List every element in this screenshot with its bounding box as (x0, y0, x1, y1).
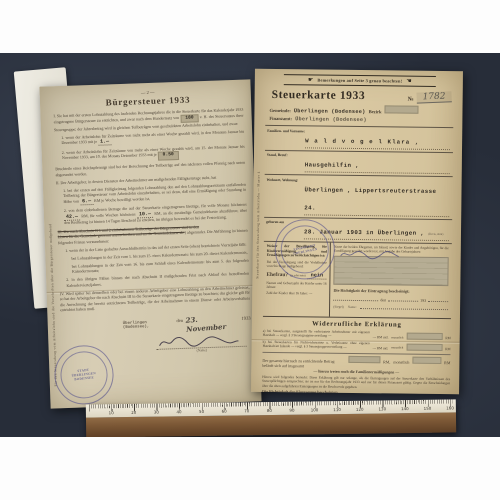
field-row-beruf: Stand, Beruf: Hausgehilfin , (265, 150, 453, 177)
declaration-total-row: Der gesamte hiernach zu entrichtende Bet… (262, 352, 450, 370)
bezirk-blank-box (385, 105, 419, 113)
field-value-wohnort: Überlingen , Lippertsreuterstrasse 24. (304, 186, 436, 211)
date-blank-line: den 193 (333, 296, 448, 303)
section4-paragraph: IV. Wird später bei demselben oder bei e… (60, 284, 251, 313)
gemeinde-value: Überlingen (Bodensee) (294, 108, 366, 115)
wooden-ruler: 102030405060708090100110120130140150160 (86, 399, 456, 437)
field-row-name: Familien- und Vorname: W a l d v o g e l… (265, 126, 453, 153)
declaration-heading: Widerrufliche Erklärung (263, 320, 451, 329)
ruler-number: 60 (213, 408, 236, 413)
signature-right (339, 248, 401, 261)
document-number-block: № 1782 (408, 92, 452, 104)
allowances-line3: Zahl der Kinder über 16 Jahre: — (266, 291, 326, 296)
title-row: Steuerkarte 1933 № 1782 (272, 89, 452, 103)
name-label: Name: (348, 305, 357, 309)
ruler-number: 140 (394, 406, 417, 411)
declaration-item-b: b) bei Steuerkarten für Nichtverheiratet… (263, 340, 451, 351)
ruler-number: 90 (281, 408, 304, 413)
handwritten-date: 23. November (186, 312, 240, 334)
blank-line (361, 304, 449, 310)
ehefrau-label: Ehefrau? (266, 272, 288, 278)
photo-background: Für den Steuerabzug vom Arbeitslohn sind… (0, 53, 500, 437)
declaration-section: Widerrufliche Erklärung a) bei Steuerkar… (262, 320, 451, 394)
left-page-buergersteuer: Für den Steuerabzug vom Arbeitslohn sind… (39, 79, 261, 408)
date-year: 1933 (241, 315, 250, 320)
ruler-number: 120 (348, 407, 371, 412)
date-label: den (176, 318, 183, 323)
declaration-item-a: a) bei Steuerkarten, ausgestellt für ver… (263, 329, 451, 340)
gemeinde-row: Gemeinde: Überlingen (Bodensee) Bezirk (269, 104, 453, 116)
amount-box (412, 356, 441, 363)
declaration-paragraph: Hierzu wird folgendes bemerkt: Diese Erk… (262, 375, 450, 391)
siegel-caption: (Siegel) (333, 305, 343, 309)
ruler-number: 70 (235, 408, 258, 413)
finanzamt-value: Überlingen (Bodensee) (295, 116, 367, 123)
field-value-beruf: Hausgehilfin , (305, 161, 359, 169)
number-label: № (408, 97, 414, 103)
right-page-steuerkarte: Steuerkarte für den Steuerabzug vom Arbe… (251, 69, 463, 395)
ruler-number: 160 (439, 405, 462, 410)
document-title: Steuerkarte 1933 (272, 89, 366, 102)
ruler-number: 80 (258, 408, 281, 413)
stamped-amount-halfmonth: 0.50 (158, 151, 179, 160)
confirm-text: Die Richtigkeit der Eintragung bescheini… (333, 288, 448, 294)
ruler-number: 20 (122, 410, 145, 415)
ruler-number: 130 (371, 406, 394, 411)
blank-line (388, 296, 418, 301)
blank-line (333, 296, 378, 302)
ruler-number: 150 (416, 406, 439, 411)
blank-line (428, 297, 448, 302)
photo-of-document: Für den Steuerabzug vom Arbeitslohn sind… (0, 0, 500, 500)
field-row-wohnort: Wohnort, Wohnung: Überlingen , Lippertsr… (264, 175, 453, 220)
field-note: (Kreis, Amt) (428, 232, 443, 236)
ruler-number: 30 (145, 409, 168, 414)
allowances-line2: Namen und Geburtsjahr der Kinder unter 1… (266, 281, 326, 291)
ruler-number: 40 (168, 409, 191, 414)
stamped-amount-6: 6.— (80, 198, 93, 205)
handwritten-number: 1782 (417, 91, 452, 103)
ruler-number: 50 (190, 409, 213, 414)
gemeinde-label: Gemeinde: (269, 108, 290, 113)
ruler-number: 10 (100, 410, 123, 415)
amount-box (348, 356, 380, 363)
amount-box (406, 343, 442, 350)
amount-box (406, 332, 442, 339)
pointing-hand-left-icon: ☚ (406, 78, 411, 85)
finanzamt-row: Finanzamt: Überlingen (Bodensee) (269, 115, 453, 123)
bezirk-label: Bezirk (369, 109, 382, 114)
finanzamt-label: Finanzamt: (269, 115, 292, 120)
siegel-row: (Siegel) Name: (333, 304, 448, 310)
notice-banner: ☛ Bemerkungen auf Seite 3 genau beachten… (284, 74, 436, 87)
field-value-name: W a l d v o g e l Klara , (305, 137, 420, 145)
pointing-hand-right-icon: ☛ (308, 76, 313, 83)
declaration-confirm: Die Richtigkeit der Eintragung bescheini… (262, 389, 450, 394)
ruler-number: 110 (326, 407, 349, 412)
place-typed: Überlingen (Bodensee), (123, 320, 174, 330)
notice-text: Bemerkungen auf Seite 3 genau beachten! (317, 78, 402, 84)
ruler-number: 100 (303, 407, 326, 412)
stamped-amount-weekly: 1.— (98, 139, 111, 146)
right-margin-vertical-text: Steuerkarte für den Steuerabzug vom Arbe… (255, 171, 260, 279)
